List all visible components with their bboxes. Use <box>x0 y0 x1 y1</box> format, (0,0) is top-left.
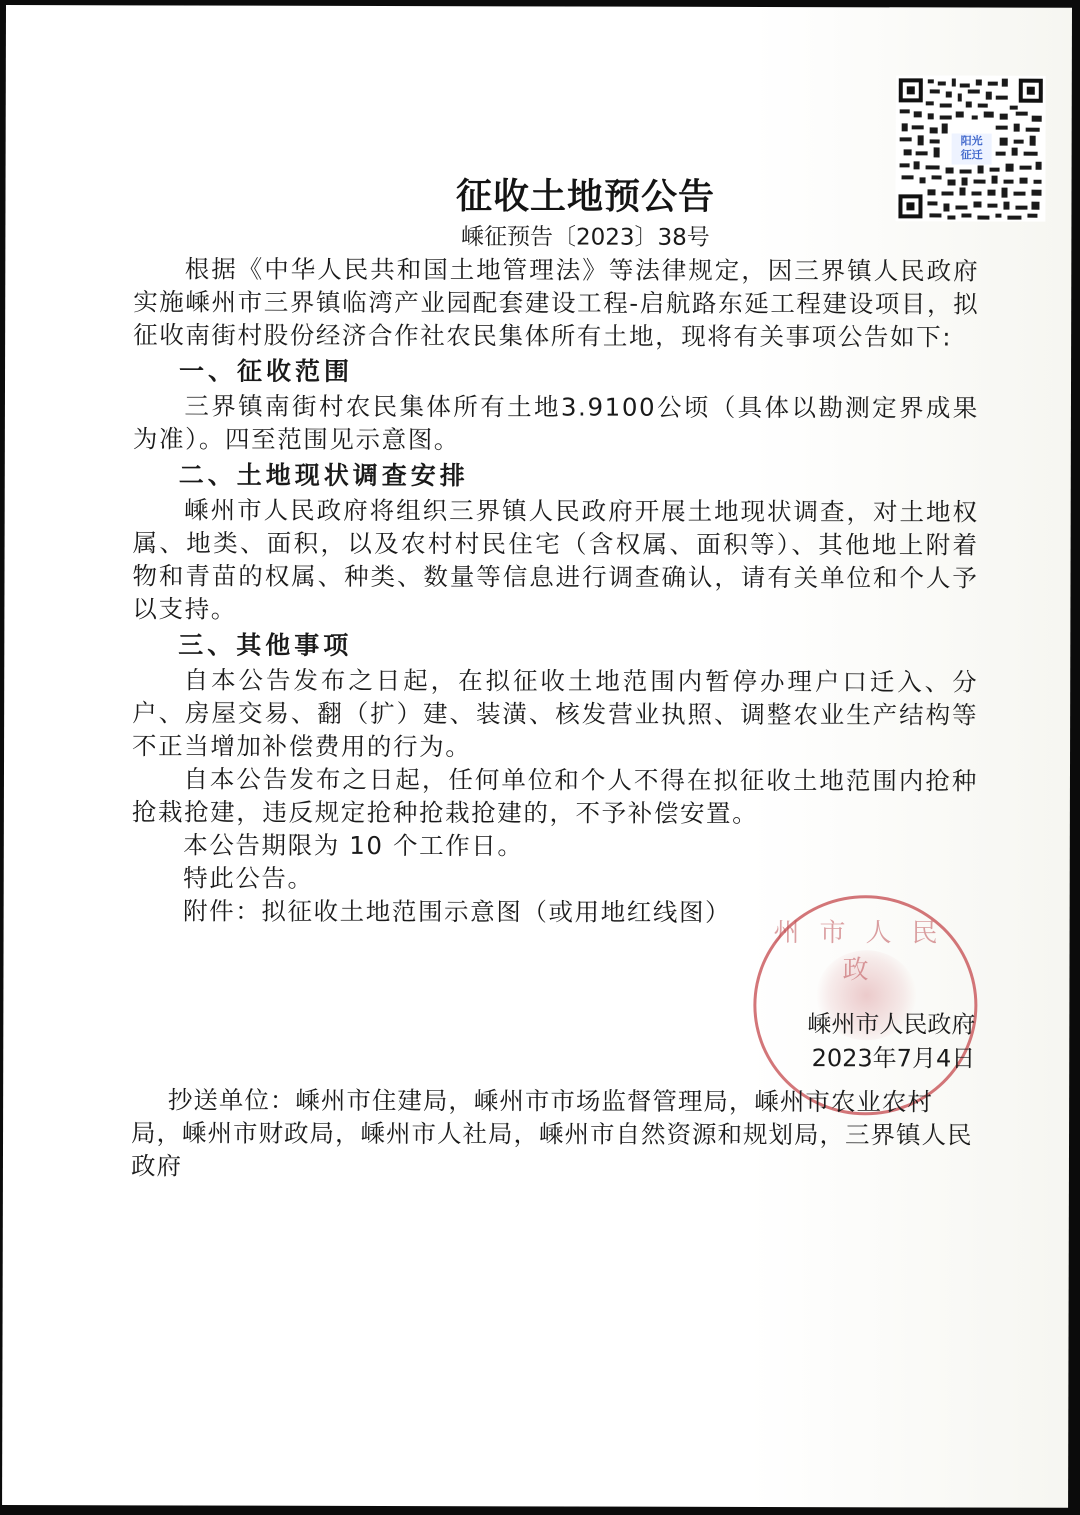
section-survey-paragraph: 嵊州市人民政府将组织三界镇人民政府开展土地现状调查，对土地权属、地类、面积，以及… <box>132 493 978 627</box>
section-other-paragraph-2: 自本公告发布之日起，任何单位和个人不得在拟征收土地范围内抢种抢栽抢建，违反规定抢… <box>132 762 978 830</box>
section-heading-scope: 一、征收范围 <box>133 354 979 389</box>
issue-date: 2023年7月4日 <box>763 1041 975 1076</box>
document-title: 征收土地预公告 <box>5 167 1080 221</box>
document-page: 阳光 征迁 征收土地预公告 嵊征预告〔2023〕38号 根据《中华人民共和国土地… <box>2 5 1072 1508</box>
document-body: 根据《中华人民共和国土地管理法》等法律规定，因三界镇人民政府实施嵊州市三界镇临湾… <box>132 252 980 929</box>
section-heading-survey: 二、土地现状调查安排 <box>133 458 979 493</box>
section-heading-other: 三、其他事项 <box>132 628 978 663</box>
signature-block: 嵊州市人民政府 2023年7月4日 <box>763 1007 975 1076</box>
cc-recipients: 抄送单位：嵊州市住建局，嵊州市市场监督管理局，嵊州市农业农村局，嵊州市财政局，嵊… <box>131 1083 977 1184</box>
section-scope-paragraph: 三界镇南街村农民集体所有土地3.9100公顷（具体以勘测定界成果为准）。四至范围… <box>133 389 979 457</box>
issuer-name: 嵊州市人民政府 <box>763 1007 975 1042</box>
closing-statement: 特此公告。 <box>132 861 978 896</box>
attachment-note: 附件：拟征收土地范围示意图（或用地红线图） <box>132 894 978 929</box>
section-other-paragraph-1: 自本公告发布之日起，在拟征收土地范围内暂停办理户口迁入、分户、房屋交易、翻（扩）… <box>132 663 978 764</box>
qr-badge-line2: 征迁 <box>952 148 992 162</box>
intro-paragraph: 根据《中华人民共和国土地管理法》等法律规定，因三界镇人民政府实施嵊州市三界镇临湾… <box>133 252 979 353</box>
qr-logo-badge: 阳光 征迁 <box>952 133 992 164</box>
notice-period: 本公告期限为 10 个工作日。 <box>132 828 978 863</box>
cc-text: 抄送单位：嵊州市住建局，嵊州市市场监督管理局，嵊州市农业农村局，嵊州市财政局，嵊… <box>131 1083 977 1184</box>
qr-badge-line1: 阳光 <box>952 134 992 148</box>
document-number: 嵊征预告〔2023〕38号 <box>5 217 1080 253</box>
